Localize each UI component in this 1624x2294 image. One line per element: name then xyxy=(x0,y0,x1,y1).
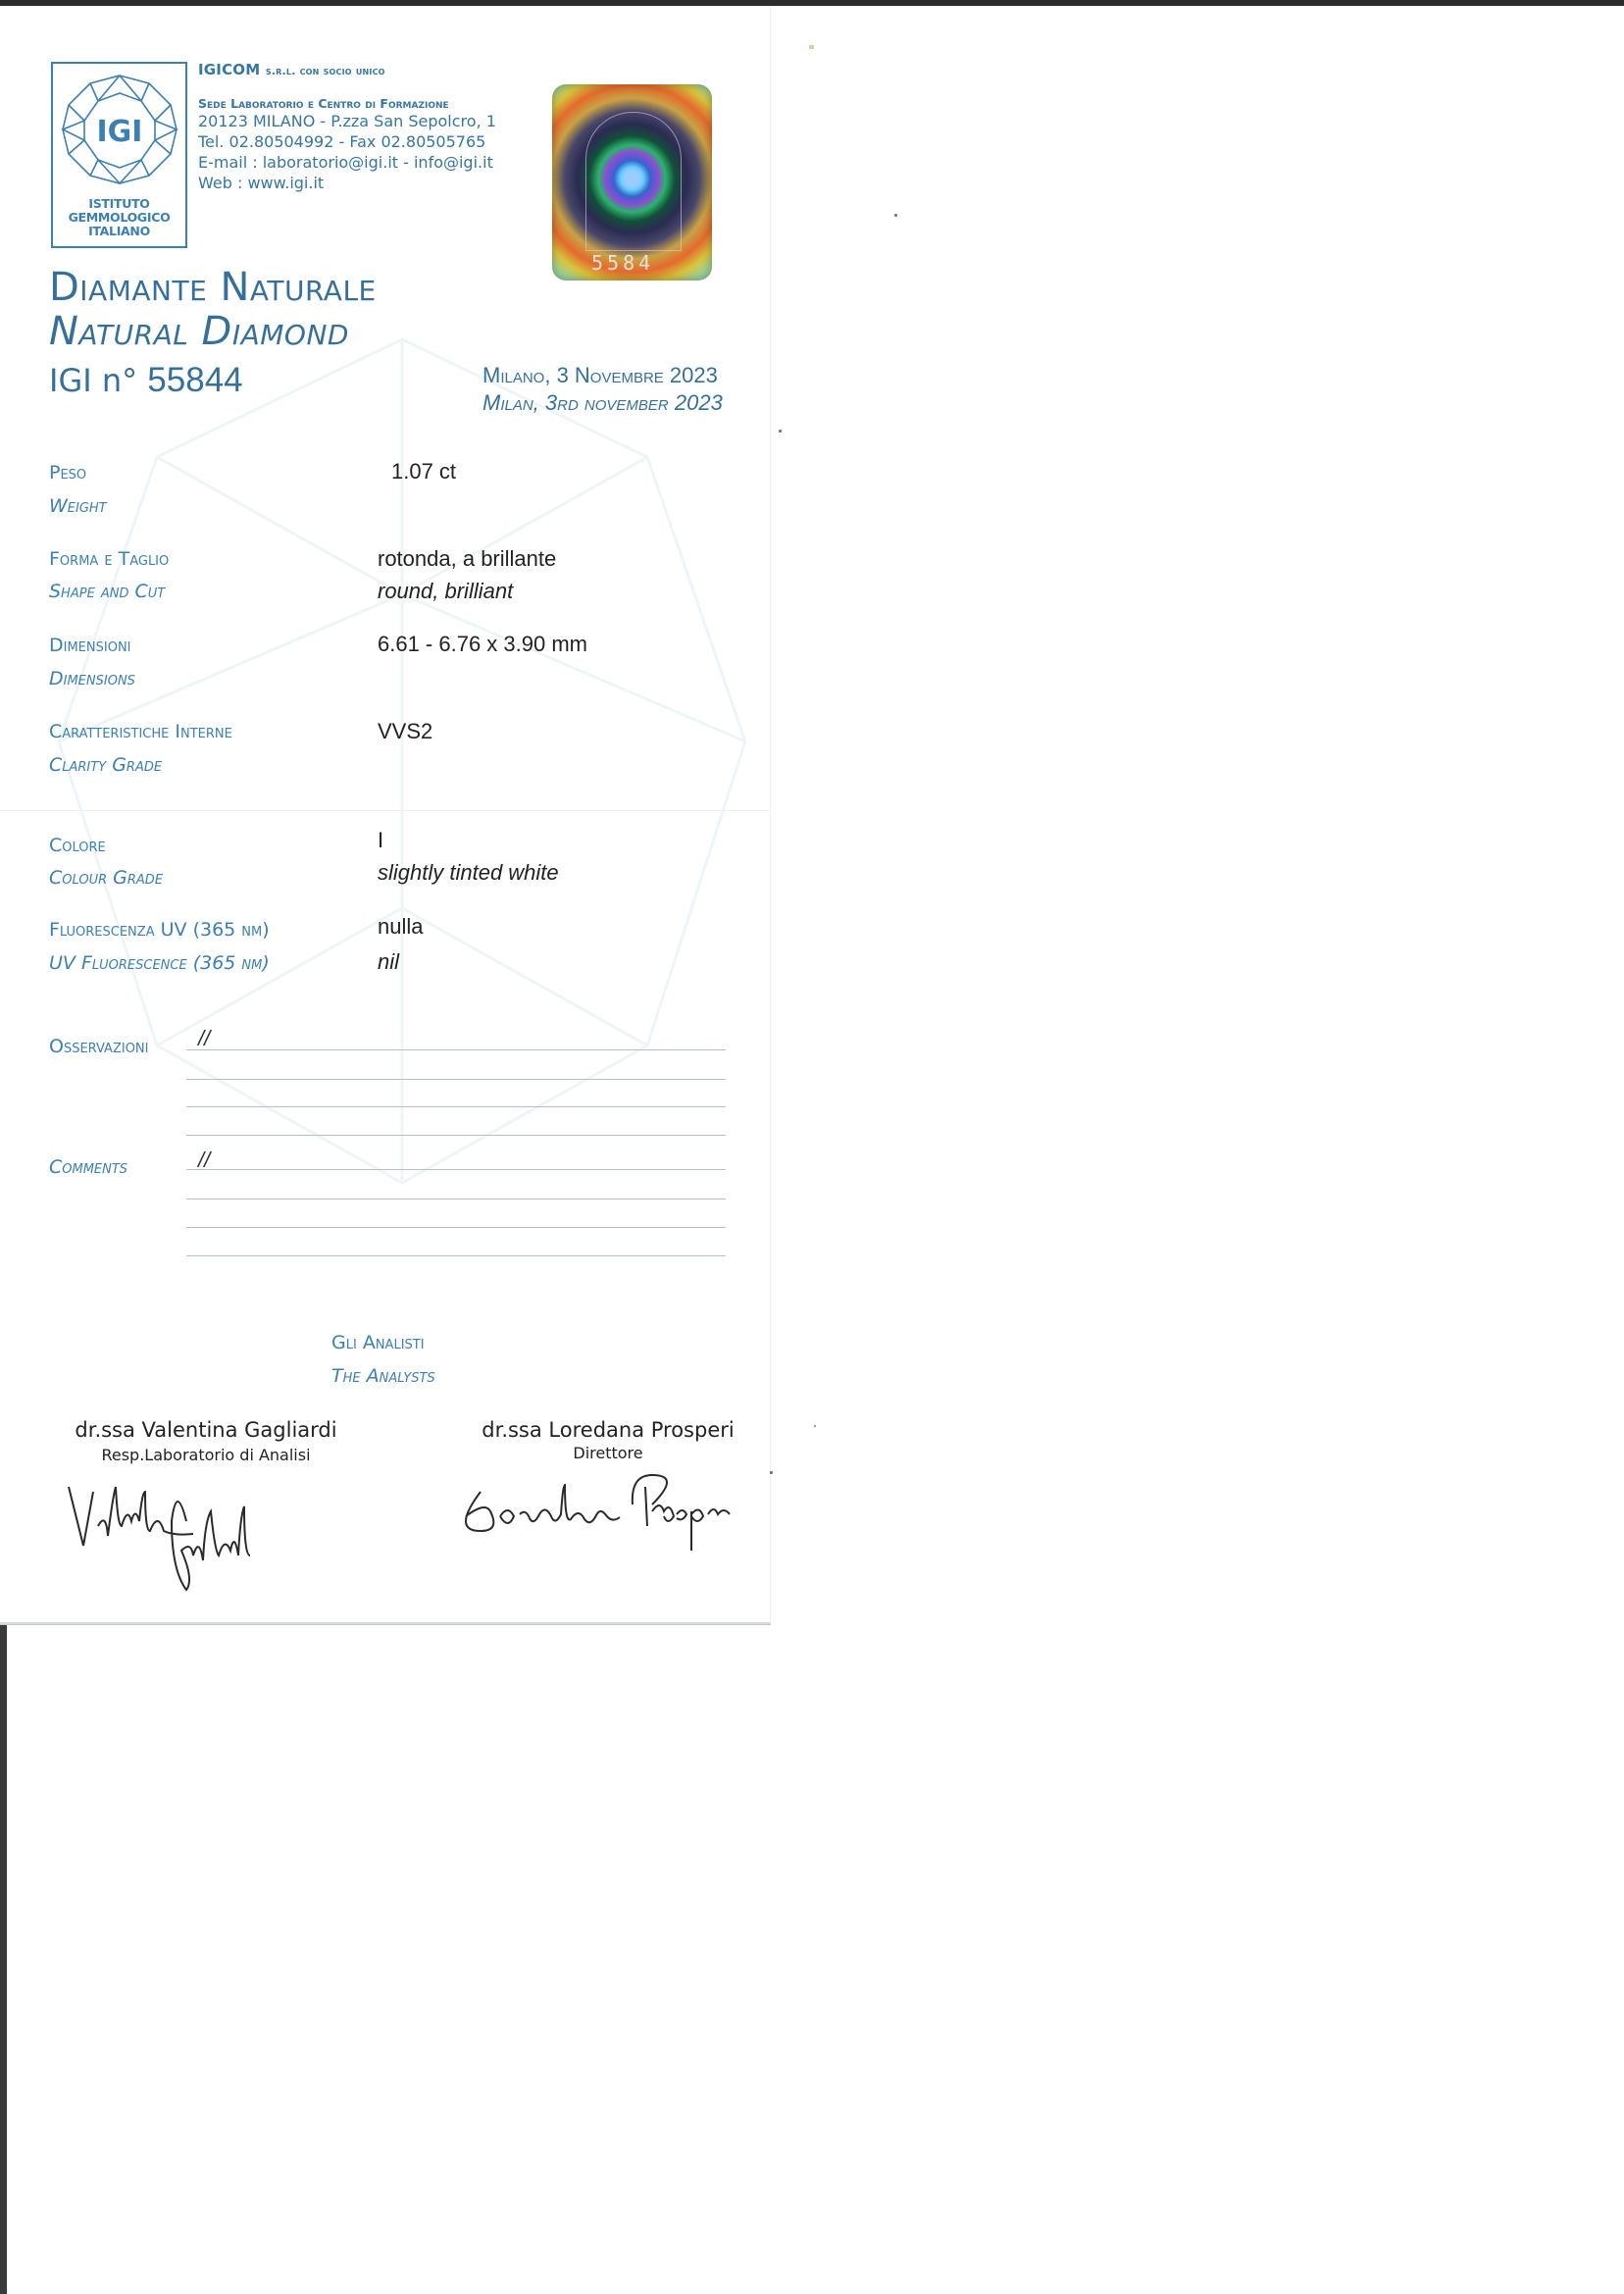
logo-line: ISTITUTO xyxy=(53,197,185,211)
label-comments: Comments xyxy=(49,1156,127,1178)
company-phone: Tel. 02.80504992 - Fax 02.80505765 xyxy=(198,131,496,152)
scan-left-edge xyxy=(0,1620,7,2294)
value-shape-en: round, brilliant xyxy=(378,579,513,604)
value-colour-en: slightly tinted white xyxy=(378,860,559,886)
value-colour-it: I xyxy=(378,828,383,853)
hologram-number: 5584 xyxy=(591,251,654,275)
title-english: Natural Diamond xyxy=(49,309,349,354)
company-address: 20123 MILANO - P.zza San Sepolcro, 1 xyxy=(198,111,496,131)
analyst-name: dr.ssa Valentina Gagliardi xyxy=(59,1418,353,1442)
diamond-icon: IGI xyxy=(59,72,180,187)
rule-line xyxy=(186,1106,726,1107)
label-shape-en: Shape and Cut xyxy=(49,581,165,602)
rule-line xyxy=(186,1135,726,1136)
hologram-seal-icon: 5584 xyxy=(552,84,712,280)
label-colour-it: Colore xyxy=(49,835,106,856)
analysts-heading-it: Gli Analisti xyxy=(331,1332,425,1353)
label-dimensions-it: Dimensioni xyxy=(49,635,131,656)
label-fluorescence-en: UV Fluorescence (365 nm) xyxy=(49,952,270,974)
igi-logo: IGI ISTITUTO GEMMOLOGICO ITALIANO xyxy=(51,62,187,248)
label-weight-en: Weight xyxy=(49,495,107,517)
analyst-role: Direttore xyxy=(461,1444,755,1462)
value-fluorescence-en: nil xyxy=(378,949,399,975)
scan-speck xyxy=(814,1425,816,1427)
rule-line xyxy=(186,1169,726,1170)
scan-speck xyxy=(770,1471,773,1474)
label-clarity-it: Caratteristiche Interne xyxy=(49,721,232,742)
rule-line xyxy=(186,1255,726,1256)
value-weight: 1.07 ct xyxy=(391,459,456,484)
rule-line xyxy=(186,1198,726,1199)
company-sede: Sede Laboratorio e Centro di Formazione xyxy=(198,96,496,111)
title-italian: Diamante Naturale xyxy=(49,265,377,310)
rule-line xyxy=(186,1227,726,1228)
date-italian: Milano, 3 Novembre 2023 xyxy=(482,363,718,388)
analyst-role: Resp.Laboratorio di Analisi xyxy=(59,1446,353,1464)
rule-line xyxy=(186,1049,726,1050)
analysts-heading-en: The Analysts xyxy=(331,1365,435,1387)
label-clarity-en: Clarity Grade xyxy=(49,754,162,776)
svg-text:IGI: IGI xyxy=(97,115,143,149)
company-web: Web : www.igi.it xyxy=(198,173,496,193)
igi-number: IGI n° 55844 xyxy=(49,361,243,400)
company-name: IGICOM s.r.l. con socio unico xyxy=(198,61,496,78)
label-weight-it: Peso xyxy=(49,462,86,484)
value-shape-it: rotonda, a brillante xyxy=(378,546,556,572)
signature-icon xyxy=(461,1467,775,1585)
analyst-name: dr.ssa Loredana Prosperi xyxy=(461,1418,755,1442)
signature-icon xyxy=(59,1467,353,1605)
value-fluorescence-it: nulla xyxy=(378,914,423,940)
scan-speck xyxy=(779,430,782,433)
company-email: E-mail : laboratorio@igi.it - info@igi.i… xyxy=(198,152,496,173)
logo-line: ITALIANO xyxy=(53,225,185,238)
label-shape-it: Forma e Taglio xyxy=(49,548,169,570)
observations-value: // xyxy=(198,1026,210,1051)
rule-line xyxy=(186,1079,726,1080)
label-dimensions-en: Dimensions xyxy=(49,668,135,689)
scan-speck xyxy=(894,214,897,217)
company-info: IGICOM s.r.l. con socio unico Sede Labor… xyxy=(198,61,496,193)
label-fluorescence-it: Fluorescenza UV (365 nm) xyxy=(49,919,270,941)
fold-seam xyxy=(0,810,770,811)
certificate-card: IGI ISTITUTO GEMMOLOGICO ITALIANO IGICOM… xyxy=(0,6,771,1624)
value-dimensions: 6.61 - 6.76 x 3.90 mm xyxy=(378,632,587,657)
label-colour-en: Colour Grade xyxy=(49,867,163,889)
value-clarity: VVS2 xyxy=(378,719,432,744)
logo-line: GEMMOLOGICO xyxy=(53,211,185,225)
date-english: Milan, 3rd november 2023 xyxy=(482,390,723,416)
scan-speck xyxy=(809,45,814,49)
label-observations: Osservazioni xyxy=(49,1036,148,1057)
